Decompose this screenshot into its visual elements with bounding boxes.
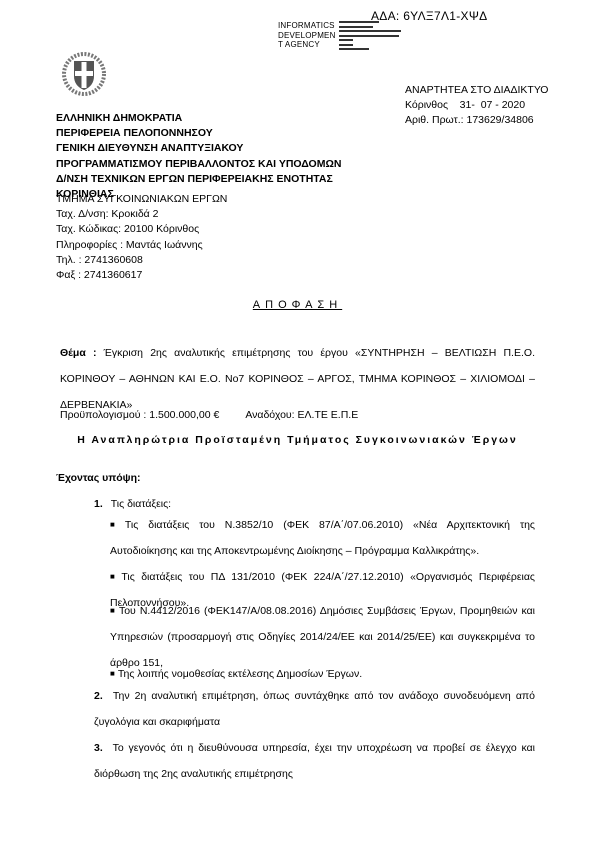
post-notice: ΑΝΑΡΤΗΤΕΑ ΣΤΟ ΔΙΑΔΙΚΤΥΟ: [405, 83, 548, 98]
bullet-icon: ■: [110, 572, 118, 581]
budget-value: 1.500.000,00 €: [149, 409, 219, 421]
contractor: Αναδόχου: ΕΛ.ΤΕ Ε.Π.Ε: [245, 409, 358, 421]
place-date: Κόρινθος 31- 07 - 2020: [405, 98, 548, 113]
bullet-item: ■Της λοιπής νομοθεσίας εκτέλεσης Δημοσίω…: [110, 668, 362, 680]
list-item: 1. Τις διατάξεις:: [94, 498, 171, 510]
digital-signature-block: [339, 21, 401, 53]
subject: Θέμα : Έγκριση 2ης αναλυτικής επιμέτρηση…: [60, 340, 535, 418]
sender-authority: ΕΛΛΗΝΙΚΗ ΔΗΜΟΚΡΑΤΙΑ ΠΕΡΙΦΕΡΕΙΑ ΠΕΛΟΠΟΝΝΗ…: [56, 111, 341, 202]
considering-label: Έχοντας υπόψη:: [56, 472, 141, 484]
bullet-item: ■Τις διατάξεις του Ν.3852/10 (ΦΕΚ 87/Α΄/…: [110, 512, 535, 564]
greek-coat-of-arms-icon: [62, 52, 106, 96]
header-right: ΑΝΑΡΤΗΤΕΑ ΣΤΟ ΔΙΑΔΙΚΤΥΟ Κόρινθος 31- 07 …: [405, 83, 548, 129]
bullet-icon: ■: [110, 520, 122, 529]
subject-text: Έγκριση 2ης αναλυτικής επιμέτρησης του έ…: [60, 347, 535, 411]
list-item: 3. Το γεγονός ότι η διευθύνουσα υπηρεσία…: [94, 735, 535, 787]
document-title: ΑΠΟΦΑΣΗ: [0, 299, 595, 311]
ida-signature-label: INFORMATICS DEVELOPMEN T AGENCY: [278, 21, 336, 50]
bullet-icon: ■: [110, 669, 115, 678]
sender-contact: ΤΜΗΜΑ ΣΥΓΚΟΙΝΩΝΙΑΚΩΝ ΕΡΓΩΝ Ταχ. Δ/νση: Κ…: [56, 192, 227, 283]
protocol-number: Αριθ. Πρωτ.: 173629/34806: [405, 113, 548, 128]
subject-label: Θέμα :: [60, 347, 96, 359]
list-item: 2. Την 2η αναλυτική επιμέτρηση, όπως συν…: [94, 683, 535, 735]
budget-line: Προϋπολογισμού : 1.500.000,00 €Αναδόχου:…: [60, 409, 358, 421]
bullet-icon: ■: [110, 606, 116, 615]
bullet-item: ■Του Ν.4412/2016 (ΦΕΚ147/Α/08.08.2016) Δ…: [110, 598, 535, 676]
signatory-role: Η Αναπληρώτρια Προϊσταμένη Τμήματος Συγκ…: [0, 434, 595, 447]
